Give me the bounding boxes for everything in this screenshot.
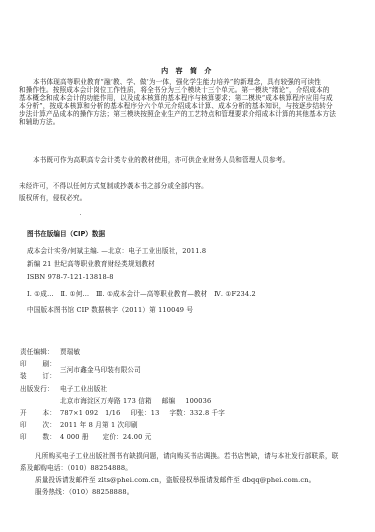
copies-value: 4 000 册: [60, 433, 89, 441]
cip-record-number: 中国版本图书馆 CIP 数据核字（2011）第 110049 号: [27, 306, 193, 314]
notice-complaint-email: 质量投诉请发邮件至 zlts@phei.com.cn，盗版侵权举报请发邮件至 d…: [35, 476, 315, 484]
print-label-a: 印: [20, 360, 27, 368]
summary-line: 和辅助方法。: [19, 118, 359, 126]
cip-heading: 图书在版编目（CIP）数据: [27, 228, 105, 238]
print-label-b: 刷：: [43, 360, 57, 368]
price-value: 24.00 元: [123, 433, 152, 441]
cip-entry: 成本会计实务/何斌主编. —北京：电子工业出版社，2011.8: [27, 247, 206, 255]
publisher-value: 电子工业出版社: [60, 385, 107, 393]
format-value: 787×1 092 1/16: [60, 409, 121, 417]
postcode-value: 100036: [185, 397, 211, 405]
scan-speck: [80, 214, 81, 215]
colophon-publisher: 出版发行： 电子工业出版社: [20, 385, 107, 393]
colophon-bind-label: 装订：: [20, 372, 60, 380]
words-value: 332.8 千字: [190, 409, 225, 417]
summary-title: 内 容 简 介: [0, 66, 375, 76]
colophon-address: 北京市海淀区万寿路 173 信箱 邮编 100036: [60, 397, 211, 405]
cip-isbn: ISBN 978-7-121-13818-8: [27, 273, 114, 281]
address-value: 北京市海淀区万寿路 173 信箱: [60, 397, 152, 405]
publisher-label: 出版发行：: [20, 385, 60, 393]
editor-label: 责任编辑：: [20, 348, 60, 356]
colophon-editor: 责任编辑： 贾瑞敏: [20, 348, 80, 356]
summary-line: 和操作性。按照成本会计岗位工作性质，将全书分为三个模块十三个单元。第一模块“绪论…: [19, 86, 359, 94]
summary-usage: 本书既可作为高职高专会计类专业的教材使用，亦可供企业财务人员和管理人员参考。: [33, 156, 289, 164]
colophon-print-label: 印刷：: [20, 360, 60, 368]
printer-value: 三河市鑫金马印装有限公司: [60, 366, 141, 374]
postcode-label: 邮编: [162, 397, 176, 405]
colophon-format: 开本： 787×1 092 1/16 印张： 13 字数： 332.8 千字: [20, 409, 225, 417]
cip-classification: Ⅰ. ①成… Ⅱ. ①何… Ⅲ. ①成本会计—高等职业教育—教材 Ⅳ. ①F23…: [27, 290, 256, 298]
bind-label-b: 订：: [43, 372, 57, 380]
summary-line: 本书体现高等职业教育“融‘教、学、做’为一体，强化学生能力培养”的新理念，具有较…: [19, 78, 359, 86]
colophon-edition: 印次： 2011 年 8 月第 1 次印刷: [20, 421, 138, 429]
sheets-label: 印张：: [131, 409, 151, 417]
format-label-a: 开: [20, 409, 27, 417]
summary-line: 步法计算产品成本的操作方法；第三模块按照企业生产的工艺特点和管理要求介绍成本计算…: [19, 110, 359, 118]
bind-label-a: 装: [20, 372, 27, 380]
format-label-b: 本：: [43, 409, 57, 417]
edition-label-a: 印: [20, 421, 27, 429]
sheets-value: 13: [151, 409, 160, 417]
edition-value: 2011 年 8 月第 1 次印刷: [60, 421, 138, 429]
summary-line: 本分析”，按成本核算和分析的基本程序分六个单元介绍成本计算、成本分析的基本知识，…: [19, 102, 359, 110]
notice-line: 凡所购买电子工业出版社图书有缺损问题，请向购买书店调换。若书店售缺，请与本社发行…: [35, 452, 338, 460]
summary-line: 基本概念和成本会计的功能作用，以及成本核算的基本程序与核算要求；第二模块“成本核…: [19, 94, 359, 102]
copyright-notice: 未经许可，不得以任何方式复制或抄袭本书之部分或全部内容。: [19, 182, 208, 190]
copies-label-a: 印: [20, 433, 27, 441]
cip-series: 新编 21 世纪高等职业教育财经类规划教材: [27, 260, 155, 268]
copyright-rights: 版权所有，侵权必究。: [19, 194, 86, 202]
notice-line: 系及邮购电话：（010）88254888。: [20, 464, 132, 472]
copies-label-b: 数：: [43, 433, 57, 441]
notice-service-hotline: 服务热线：（010）88258888。: [35, 488, 133, 496]
price-label: 定价：: [103, 433, 123, 441]
colophon-copies: 印数： 4 000 册 定价： 24.00 元: [20, 433, 151, 441]
edition-label-b: 次：: [43, 421, 57, 429]
summary-paragraph: 本书体现高等职业教育“融‘教、学、做’为一体，强化学生能力培养”的新理念，具有较…: [19, 78, 359, 126]
editor-value: 贾瑞敏: [60, 348, 80, 356]
words-label: 字数：: [169, 409, 189, 417]
